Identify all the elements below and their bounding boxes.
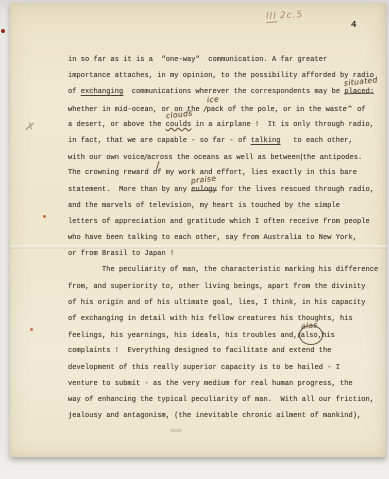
text-line: The peculiarity of man, the characterist… bbox=[68, 262, 383, 278]
text-segment: of bbox=[153, 165, 162, 181]
text-segment: of the pole, or in the waste bbox=[224, 102, 347, 118]
text-segment: feelings, his yearnings, his ideals, his… bbox=[68, 328, 298, 344]
text-line: venture to submit - as the very medium f… bbox=[68, 376, 383, 392]
text-segment: to each other, bbox=[281, 133, 353, 149]
text-line: development of this really superior capa… bbox=[68, 360, 383, 376]
handwritten-note: alas bbox=[300, 317, 318, 335]
text-segment: statement. More than by any bbox=[68, 182, 191, 198]
text-segment: from, and superiority to, other living b… bbox=[68, 279, 366, 295]
text-segment: of bbox=[68, 84, 81, 100]
text-segment: of bbox=[353, 102, 366, 118]
text-segment: also,alas bbox=[301, 328, 322, 344]
text-line: The crowning reward of my work and effor… bbox=[68, 165, 383, 181]
text-line: with our own voice/across the oceans as … bbox=[68, 149, 383, 165]
text-segment: a desert, or above the bbox=[68, 117, 166, 133]
text-line: importance attaches, in my opinion, to t… bbox=[68, 68, 383, 84]
text-segment: packice bbox=[207, 102, 224, 118]
text-segment: importance attaches, in my opinion, to t… bbox=[68, 68, 374, 84]
pencil-check-mark: ✗ bbox=[24, 119, 39, 135]
text-line: of exchanging in detail with his fellow … bbox=[68, 311, 383, 327]
text-segment: with our own voice bbox=[68, 150, 145, 166]
text-line: or from Brasil to Japan ! bbox=[68, 246, 383, 262]
handwritten-note: ice bbox=[206, 91, 220, 108]
text-line: of his origin and of his ultimate goal, … bbox=[68, 295, 383, 311]
text-line: from, and superiority to, other living b… bbox=[68, 279, 383, 295]
text-line: whether in mid-ocean, or on the /packice… bbox=[68, 101, 383, 117]
text-segment: The peculiarity of man, the characterist… bbox=[102, 262, 378, 278]
text-line: of exchanging communications wherever th… bbox=[68, 84, 383, 100]
typed-text: in so far as it is a "one-way" communica… bbox=[68, 52, 383, 424]
text-segment: letters of appreciation and gratitude wh… bbox=[68, 214, 370, 230]
rust-margin-dot bbox=[30, 328, 33, 331]
text-segment: communications wherever the corresponden… bbox=[123, 84, 344, 100]
text-segment: exchanging bbox=[81, 84, 124, 100]
text-segment: across the oceans as well as between bbox=[147, 150, 300, 166]
orange-margin-dot bbox=[43, 215, 46, 218]
handwritten-note: praise bbox=[191, 170, 218, 189]
text-segment: the antipodes. bbox=[303, 150, 363, 166]
text-line: way of enhancing the typical peculiarity… bbox=[68, 392, 383, 408]
scan-background: { "page": { "archival_mark_roman": "III"… bbox=[0, 0, 389, 479]
text-segment: The crowning reward bbox=[68, 165, 153, 181]
text-segment: placed:situated bbox=[344, 84, 374, 100]
text-segment: and the marvels of television, my heart … bbox=[68, 198, 340, 214]
text-segment: complaints ! Everything designed to faci… bbox=[68, 343, 332, 359]
text-line: in fact, that we are capable - so far - … bbox=[68, 133, 383, 149]
text-segment: or from Brasil to Japan ! bbox=[68, 246, 174, 262]
text-segment: venture to submit - as the very medium f… bbox=[68, 376, 353, 392]
text-segment: for the lives rescued through radio, bbox=[217, 182, 374, 198]
text-line: statement. More than by any eulogypraise… bbox=[68, 182, 383, 198]
text-segment: way of enhancing the typical peculiarity… bbox=[68, 392, 374, 408]
paper-smudge bbox=[170, 429, 182, 432]
text-segment: talking bbox=[251, 133, 281, 149]
archival-reference-number: 2c.5 bbox=[280, 10, 304, 21]
document-page: III2c.5 4 ✗ in so far as it is a "one-wa… bbox=[10, 3, 386, 457]
handwritten-note: situated bbox=[344, 73, 379, 93]
red-margin-dot bbox=[1, 29, 5, 33]
text-line: and the marvels of television, my heart … bbox=[68, 198, 383, 214]
text-segment: in fact, that we are capable - so far - … bbox=[68, 133, 251, 149]
text-segment: development of this really superior capa… bbox=[68, 360, 340, 376]
text-segment: his bbox=[322, 328, 335, 344]
archival-reference-mark: III2c.5 bbox=[266, 10, 304, 22]
text-line: in so far as it is a "one-way" communica… bbox=[68, 52, 383, 68]
text-segment: who have been talking to each other, say… bbox=[68, 230, 357, 246]
text-line: jealousy and antagonism, (the inevitable… bbox=[68, 408, 383, 424]
archival-roman-numeral: III bbox=[266, 11, 278, 23]
text-segment: in a airplane ! It is only through radio… bbox=[191, 117, 374, 133]
text-line: a desert, or above the couldsclouds in a… bbox=[68, 117, 383, 133]
text-segment: in so far as it is a "one-way" communica… bbox=[68, 52, 327, 68]
text-segment: of his origin and of his ultimate goal, … bbox=[68, 295, 366, 311]
text-segment: jealousy and antagonism, (the inevitable… bbox=[68, 408, 361, 424]
text-line: who have been talking to each other, say… bbox=[68, 230, 383, 246]
text-segment: eulogypraise bbox=[191, 182, 217, 198]
handwritten-note: clouds bbox=[165, 105, 193, 124]
text-line: feelings, his yearnings, his ideals, his… bbox=[68, 327, 383, 343]
text-line: letters of appreciation and gratitude wh… bbox=[68, 214, 383, 230]
text-line: complaints ! Everything designed to faci… bbox=[68, 343, 383, 359]
text-segment: couldsclouds bbox=[166, 117, 192, 133]
page-number: 4 bbox=[351, 20, 356, 30]
